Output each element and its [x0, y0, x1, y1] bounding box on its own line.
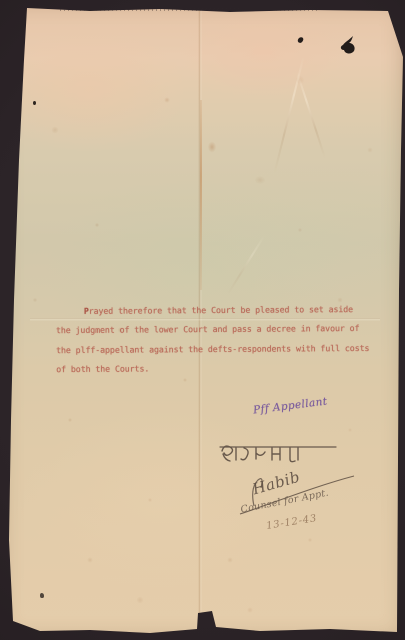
document-paper: Prayed therefore that the Court be pleas…	[0, 0, 405, 640]
paper-edge-shading	[0, 0, 405, 640]
photo-frame: Prayed therefore that the Court be pleas…	[0, 0, 405, 640]
